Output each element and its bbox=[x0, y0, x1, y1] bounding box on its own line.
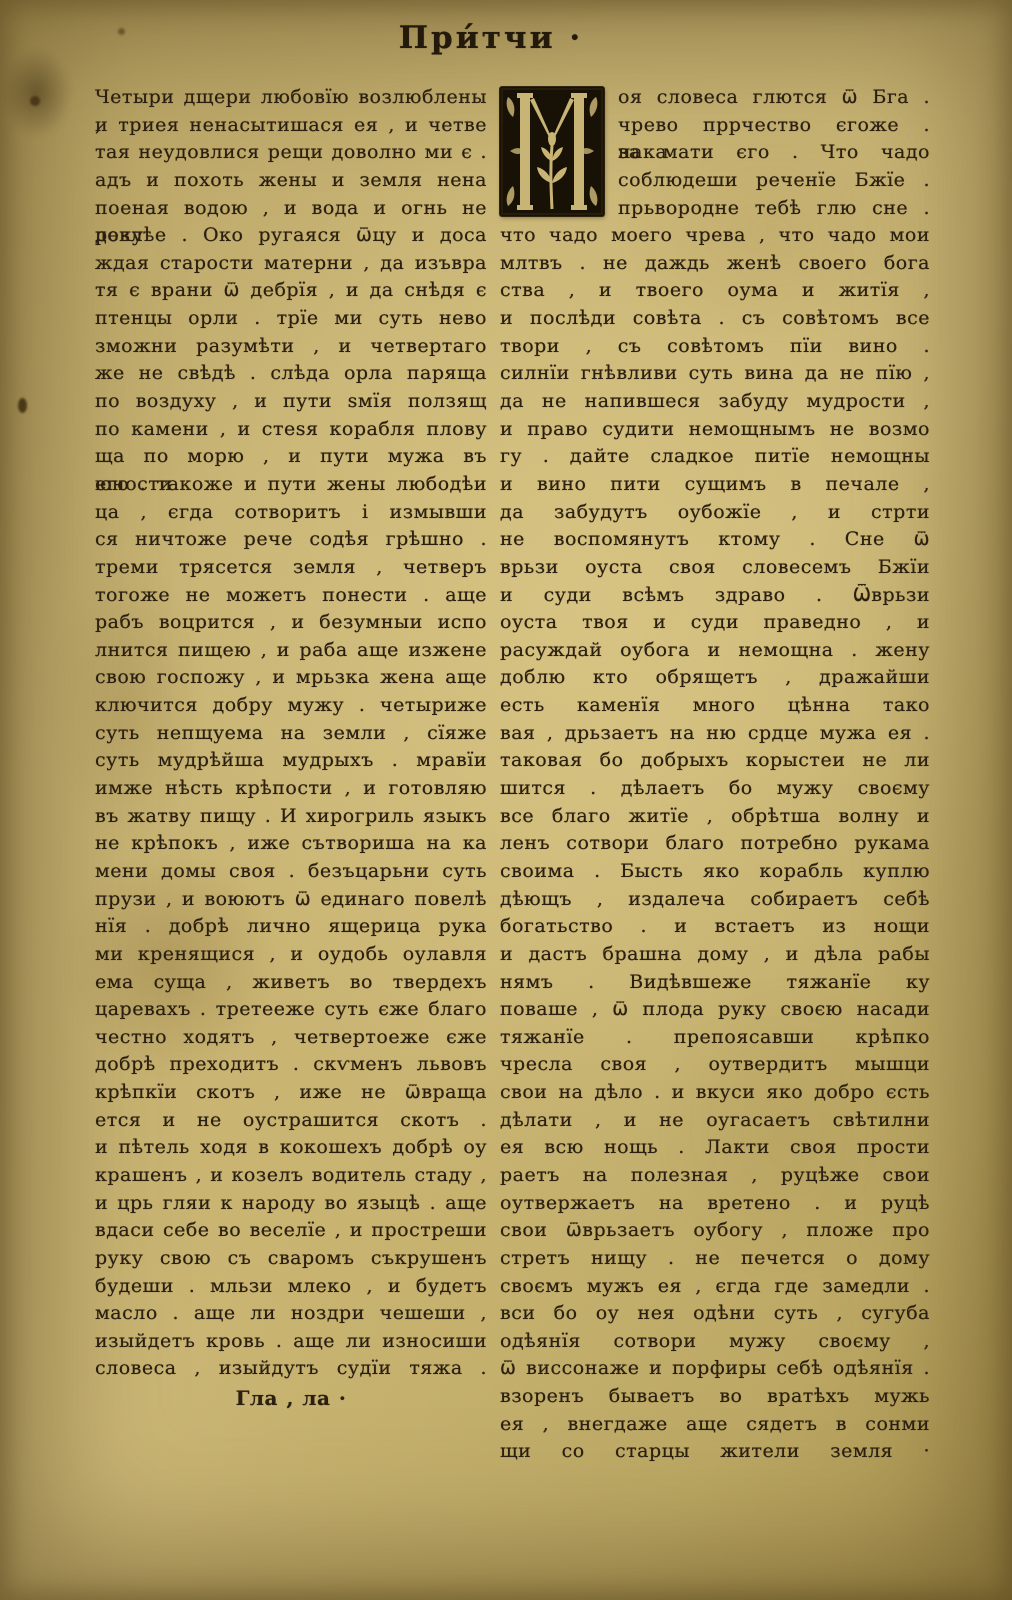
text-line: расуждай оубога и немощна . жену bbox=[500, 637, 930, 665]
text-line: своима . Бысть яко корабль куплю bbox=[500, 858, 930, 886]
text-line: чресла своя , оутвердитъ мышци bbox=[500, 1051, 930, 1079]
paper-speck bbox=[18, 398, 27, 413]
text-line: царевахъ . третееже суть єже благо bbox=[95, 996, 487, 1024]
right-column-lines: оя словеса глются ѿ Бга .чрево пррчество… bbox=[500, 84, 930, 1466]
paper-speck bbox=[30, 96, 40, 106]
book-page: При́тчи · Четыри дщери любовїю возлюблен… bbox=[0, 0, 1012, 1600]
text-line: врьзи оуста своя словесемъ Бжїи bbox=[500, 554, 930, 582]
text-line: дѣлати , и не оугасаетъ свѣтилни bbox=[500, 1107, 930, 1135]
text-line: его . такоже и пути жены любодѣи bbox=[95, 471, 487, 499]
text-line: лнится пищею , и раба аще изжене bbox=[95, 637, 487, 665]
right-column: оя словеса глются ѿ Бга .чрево пррчество… bbox=[500, 84, 930, 1466]
text-line: ется и не оустрашится скотъ . bbox=[95, 1107, 487, 1135]
text-line: не крѣпокъ , иже сътвориша на ка bbox=[95, 830, 487, 858]
text-line: не воспомянутъ ктому . Сне ѿ bbox=[500, 526, 930, 554]
text-line: ея , внегдаже аще сядетъ в сонми bbox=[500, 1411, 930, 1439]
paper-stain bbox=[2, 48, 72, 138]
text-line: вси бо оу нея одѣни суть , сугуба bbox=[500, 1300, 930, 1328]
text-line: свою госпожу , и мрьзка жена аще bbox=[95, 664, 487, 692]
text-line: ща по морю , и пути мужа въ юности bbox=[95, 443, 487, 471]
text-line: поеная водою , и вода и огнь не реку bbox=[95, 195, 487, 223]
text-line: ея всю нощь . Лакти своя прости bbox=[500, 1134, 930, 1162]
text-line: и суди всѣмъ здраво . Ѿврьзи bbox=[500, 582, 930, 610]
text-line: богатьство . и встаетъ из нощи bbox=[500, 913, 930, 941]
text-line: стретъ нищу . не печется о дому bbox=[500, 1245, 930, 1273]
text-line: руку свою съ сваромъ съкрушенъ bbox=[95, 1245, 487, 1273]
text-line: раетъ на полезная , руцѣже свои bbox=[500, 1162, 930, 1190]
text-line: млтвъ . не даждь женѣ своего бога bbox=[500, 250, 930, 278]
text-line: все благо житїе , обрѣтша волну и bbox=[500, 803, 930, 831]
text-line: своємъ мужъ ея , єгда где замедли . bbox=[500, 1273, 930, 1301]
text-line: оутвержаетъ на вретено . и руцѣ bbox=[500, 1190, 930, 1218]
text-line: да забудутъ оубожїе , и стрти bbox=[500, 499, 930, 527]
text-line: ства , и твоего оума и житїя , bbox=[500, 277, 930, 305]
text-line: тя є врани ѿ дебрїя , и да снѣдя є bbox=[95, 277, 487, 305]
text-line: зможни разумѣти , и четвертаго bbox=[95, 333, 487, 361]
left-column: Четыри дщери любовїю возлюблены ,и триея… bbox=[95, 84, 487, 1413]
text-line: тяжанїе . препоясавши крѣпко bbox=[500, 1024, 930, 1052]
text-line: нїя . добрѣ лично ящерица рука bbox=[95, 913, 487, 941]
text-line: птенцы орли . трїе ми суть нево bbox=[95, 305, 487, 333]
page-title: При́тчи · bbox=[0, 20, 982, 56]
text-line: ѿ виссонаже и порфиры себѣ одѣянїя . bbox=[500, 1355, 930, 1383]
text-line: взоренъ бываетъ во вратѣхъ мужь bbox=[500, 1383, 930, 1411]
text-line: тая неудовлися рещи доволно ми є . bbox=[95, 139, 487, 167]
text-line: тогоже не можетъ понести . аще bbox=[95, 582, 487, 610]
text-line: крѣпкїи скотъ , иже не ѿвраща bbox=[95, 1079, 487, 1107]
text-line: въ жатву пищу . И хирогриль языкъ bbox=[95, 803, 487, 831]
text-line: свои ѿврьзаетъ оубогу , пложе про bbox=[500, 1217, 930, 1245]
text-line: изыйдетъ кровь . аще ли износиши bbox=[95, 1328, 487, 1356]
text-line: и дастъ брашна дому , и дѣла рабы bbox=[500, 941, 930, 969]
text-line: ца , єгда сотворитъ і измывши bbox=[95, 499, 487, 527]
text-line: по камени , и стеѕя корабля плову bbox=[95, 416, 487, 444]
text-line: и послѣди совѣта . съ совѣтомъ все bbox=[500, 305, 930, 333]
text-line: ема суща , живетъ во твердехъ bbox=[95, 969, 487, 997]
text-line: масло . аще ли ноздри чешеши , bbox=[95, 1300, 487, 1328]
text-line: ми кренящися , и оудобь оулавля bbox=[95, 941, 487, 969]
text-line: да не напившеся забуду мудрости , bbox=[500, 388, 930, 416]
text-line: ленъ сотвори благо потребно рукама bbox=[500, 830, 930, 858]
text-line: Четыри дщери любовїю возлюблены , bbox=[95, 84, 487, 112]
text-line: довлѣе . Око ругаяся ѿцу и доса bbox=[95, 222, 487, 250]
text-line: нямъ . Видѣвшеже тяжанїе ку bbox=[500, 969, 930, 997]
text-line: суть мудрѣйша мудрыхъ . мравїи bbox=[95, 747, 487, 775]
text-line: ся ничтоже рече содѣя грѣшно . bbox=[95, 526, 487, 554]
text-line: и пѣтель ходя в кокошехъ добрѣ оу bbox=[95, 1134, 487, 1162]
chapter-heading: Гла , ла · bbox=[95, 1383, 487, 1413]
text-line: гу . дайте сладкое питїе немощны bbox=[500, 443, 930, 471]
text-line: же не свѣдѣ . слѣда орла паряща bbox=[95, 360, 487, 388]
text-line: рабъ воцрится , и безумныи испо bbox=[95, 609, 487, 637]
text-line: дѣющъ , издалеча собираетъ себѣ bbox=[500, 886, 930, 914]
text-line: поваше , ѿ плода руку своєю насади bbox=[500, 996, 930, 1024]
text-line: и вино пити сущимъ в печале , bbox=[500, 471, 930, 499]
text-line: и црь гляи к народу во языцѣ . аще bbox=[95, 1190, 487, 1218]
text-line: щи со старцы жители земля · bbox=[500, 1438, 930, 1466]
text-line: адъ и похоть жены и земля нена bbox=[95, 167, 487, 195]
text-line: треми трясется земля , четверъ bbox=[95, 554, 487, 582]
text-line: свои на дѣло . и вкуси яко добро єсть bbox=[500, 1079, 930, 1107]
text-line: словеса , изыйдутъ судїи тяжа . bbox=[95, 1355, 487, 1383]
text-line: добрѣ преходитъ . скѵменъ львовъ bbox=[95, 1051, 487, 1079]
text-line: прузи , и воюютъ ѿ единаго повелѣ bbox=[95, 886, 487, 914]
left-column-lines: Четыри дщери любовїю возлюблены ,и триея… bbox=[95, 84, 487, 1383]
text-line: оуста твоя и суди праведно , и bbox=[500, 609, 930, 637]
text-line: вая , дрьзаетъ на ню срдце мужа ея . bbox=[500, 720, 930, 748]
text-line: ждая старости матерни , да изъвра bbox=[95, 250, 487, 278]
text-line: твори , съ совѣтомъ пїи вино . bbox=[500, 333, 930, 361]
text-line: и право судити немощнымъ не возмо bbox=[500, 416, 930, 444]
text-line: честно ходятъ , четвертоеже єже bbox=[95, 1024, 487, 1052]
text-line: доблю кто обрящетъ , дражайши bbox=[500, 664, 930, 692]
text-line: имже нѣсть крѣпости , и готовляю bbox=[95, 775, 487, 803]
text-line: мени домы своя . безъцарьни суть bbox=[95, 858, 487, 886]
text-line: таковая бо добрыхъ корыстеи не ли bbox=[500, 747, 930, 775]
text-line: одѣянїя сотвори мужу своєму , bbox=[500, 1328, 930, 1356]
text-line: силнїи гнѣвливи суть вина да не пїю , bbox=[500, 360, 930, 388]
ornamental-initial-m bbox=[500, 87, 604, 216]
text-line: есть каменїя много цѣнна тако bbox=[500, 692, 930, 720]
text-line: будеши . мльзи млеко , и будетъ bbox=[95, 1273, 487, 1301]
text-line: суть непщуема на земли , сїяже bbox=[95, 720, 487, 748]
text-line: ключится добру мужу . четыриже bbox=[95, 692, 487, 720]
text-line: и триея ненасытишася ея , и четве bbox=[95, 112, 487, 140]
initial-ornament-svg bbox=[500, 87, 604, 216]
text-line: крашенъ , и козелъ водитель стаду , bbox=[95, 1162, 487, 1190]
text-line: вдаси себе во веселїе , и простреши bbox=[95, 1217, 487, 1245]
text-line: шится . дѣлаетъ бо мужу своєму bbox=[500, 775, 930, 803]
text-line: по воздуху , и пути ѕмїя ползящ bbox=[95, 388, 487, 416]
text-line: что чадо моего чрева , что чадо мои bbox=[500, 222, 930, 250]
